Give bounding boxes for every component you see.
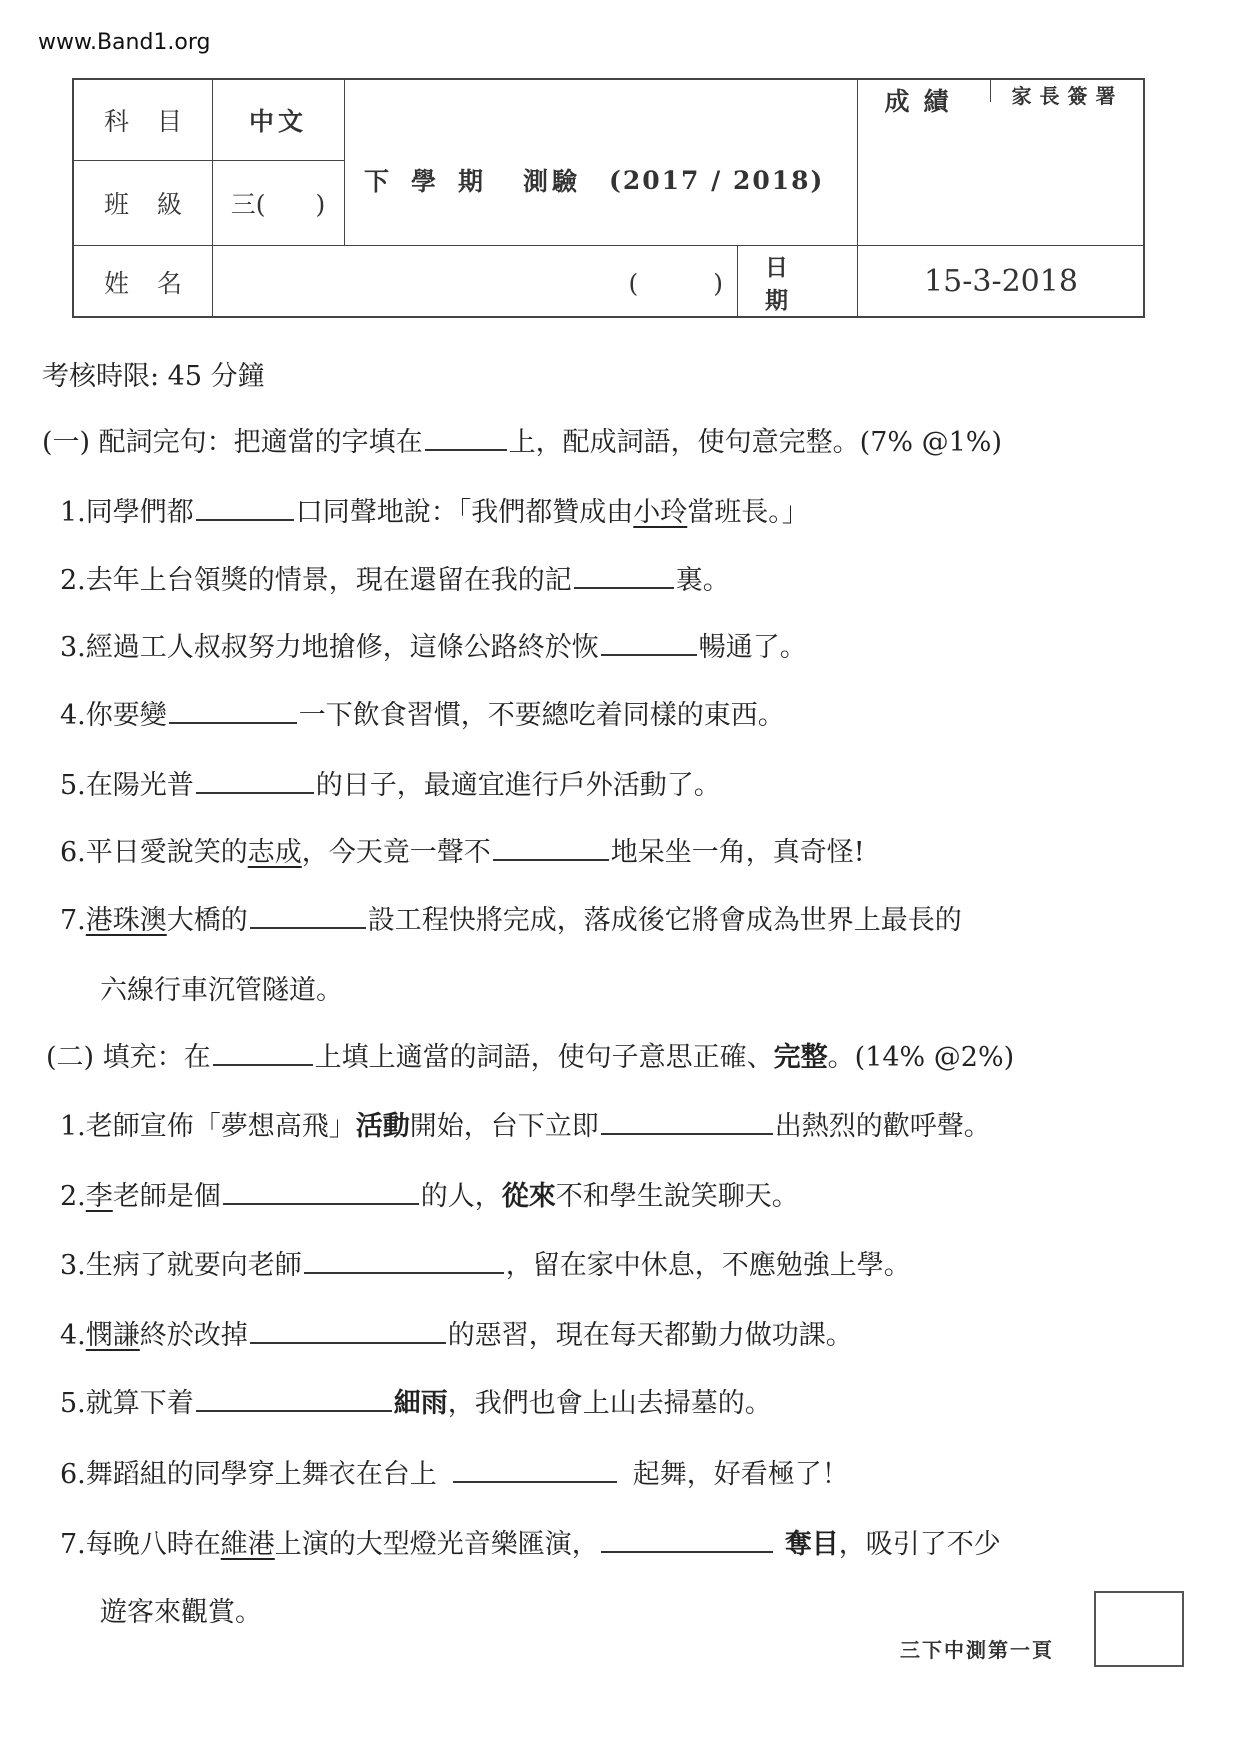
question-text: 的人， [421, 1181, 502, 1212]
question-text-bold: 細雨 [394, 1388, 448, 1419]
s1-question-2: 2.去年上台領獎的情景，現在還留在我的記裏。 [60, 558, 730, 597]
answer-blank[interactable] [169, 721, 297, 724]
question-text: 當班長。」 [687, 497, 809, 528]
s1-question-6: 6.平日愛說笑的志成，今天竟一聲不地呆坐一角，真奇怪! [60, 830, 865, 869]
answer-blank[interactable] [601, 1550, 773, 1553]
proper-name: 維港 [221, 1529, 275, 1560]
name-field[interactable]: ( ) [212, 245, 737, 318]
section2-title-a: (二) 填充：在 [46, 1042, 211, 1073]
question-text: 大橋的 [167, 905, 248, 936]
question-text-bold: 從來 [502, 1181, 556, 1212]
exam-year: (2017 / 2018) [609, 166, 824, 195]
s1-question-1: 1.同學們都口同聲地說：「我們都贊成由小玲當班長。」 [60, 490, 809, 529]
answer-blank[interactable] [250, 1341, 446, 1344]
question-text: 不和學生說笑聊天。 [556, 1181, 799, 1212]
s2-question-7: 7.每晚八時在維港上演的大型燈光音樂匯演，奪目，吸引了不少 [60, 1522, 1001, 1561]
s2-question-3: 3.生病了就要向老師，留在家中休息，不應勉強上學。 [60, 1243, 911, 1282]
score-field[interactable] [857, 120, 1145, 245]
question-text: 就算下着 [86, 1388, 194, 1419]
exam-header-table: 科目 中文 班級 三( ) 下學期 測驗 (2017 / 2018) 成績 家長… [72, 78, 1145, 318]
question-number: 2. [60, 565, 86, 596]
section1-title-a: (一) 配詞完句：把適當的字填在 [42, 427, 423, 458]
question-text: 在陽光普 [86, 770, 194, 801]
answer-blank[interactable] [601, 1132, 773, 1135]
question-number: 4. [60, 1320, 86, 1351]
section2-title-bold: 完整 [774, 1042, 828, 1073]
question-text: 設工程快將完成，落成後它將會成為世界上最長的 [368, 905, 962, 936]
s2-question-6: 6.舞蹈組的同學穿上舞衣在台上起舞，好看極了！ [60, 1452, 849, 1491]
question-text: 裏。 [676, 565, 730, 596]
s1-question-7-cont: 六線行車沉管隧道。 [100, 968, 343, 1007]
s2-question-7-cont: 遊客來觀賞。 [100, 1590, 262, 1629]
question-text: 終於改掉 [140, 1320, 248, 1351]
class-number-field[interactable]: ( ) [628, 264, 723, 300]
question-number: 3. [60, 1250, 86, 1281]
question-text: 生病了就要向老師 [86, 1250, 302, 1281]
answer-blank[interactable] [304, 1271, 504, 1274]
proper-name: 港珠澳 [86, 905, 167, 936]
question-text: 地呆坐一角，真奇怪! [611, 837, 865, 868]
example-blank [425, 448, 507, 451]
question-text: 平日愛說笑的 [86, 837, 248, 868]
answer-blank[interactable] [250, 926, 366, 929]
date-label: 日期 [737, 245, 857, 318]
answer-blank[interactable] [453, 1480, 617, 1483]
question-text: ，我們也會上山去掃墓的。 [448, 1388, 772, 1419]
section1-title-b: 上，配成詞語，使句意完整。(7% @1%) [509, 427, 1002, 458]
question-number: 5. [60, 1388, 86, 1419]
s1-question-3: 3.經過工人叔叔努力地搶修，這條公路終於恢暢通了。 [60, 625, 807, 664]
question-text-bold: 活動 [356, 1111, 410, 1142]
page-score-box[interactable] [1094, 1591, 1184, 1667]
question-text: 老師是個 [113, 1181, 221, 1212]
s2-question-4: 4.憫謙終於改掉的惡習，現在每天都勤力做功課。 [60, 1313, 853, 1352]
answer-blank[interactable] [196, 791, 314, 794]
answer-blank[interactable] [196, 1409, 392, 1412]
question-text: 老師宣佈「夢想高飛」 [86, 1111, 356, 1142]
question-text: 的日子，最適宜進行戶外活動了。 [316, 770, 721, 801]
section2-title-b: 上填上適當的詞語，使句子意思正確、 [315, 1042, 774, 1073]
question-text: 的惡習，現在每天都勤力做功課。 [448, 1320, 853, 1351]
question-number: 1. [60, 497, 86, 528]
time-limit: 考核時限: 45 分鐘 [42, 354, 265, 393]
s2-question-1: 1.老師宣佈「夢想高飛」活動開始，台下立即出熱烈的歡呼聲。 [60, 1104, 991, 1143]
question-text: 同學們都 [86, 497, 194, 528]
section1-heading: (一) 配詞完句：把適當的字填在上，配成詞語，使句意完整。(7% @1%) [42, 420, 1002, 459]
question-number: 6. [60, 837, 86, 868]
question-text: 出熱烈的歡呼聲。 [775, 1111, 991, 1142]
s1-question-5: 5.在陽光普的日子，最適宜進行戶外活動了。 [60, 763, 721, 802]
question-text: 暢通了。 [699, 632, 807, 663]
answer-blank[interactable] [223, 1202, 419, 1205]
question-number: 4. [60, 700, 86, 731]
answer-blank[interactable] [574, 586, 674, 589]
answer-blank[interactable] [493, 858, 609, 861]
proper-name: 志成 [248, 837, 302, 868]
parent-signature-label: 家長簽署 [990, 80, 1145, 108]
question-number: 2. [60, 1181, 86, 1212]
s2-question-5: 5.就算下着細雨，我們也會上山去掃墓的。 [60, 1381, 772, 1420]
date-value: 15-3-2018 [857, 245, 1145, 318]
website-watermark: www.Band1.org [38, 30, 211, 55]
exam-title: 下學期 測驗 (2017 / 2018) [344, 140, 857, 220]
question-number: 7. [60, 1529, 86, 1560]
question-text: 起舞，好看極了！ [633, 1459, 849, 1490]
name-label: 姓名 [74, 245, 212, 318]
question-number: 5. [60, 770, 86, 801]
class-field[interactable]: 三( ) [212, 160, 344, 245]
question-text: 上演的大型燈光音樂匯演， [275, 1529, 599, 1560]
question-text: 去年上台領獎的情景，現在還留在我的記 [86, 565, 572, 596]
question-text: ，留在家中休息，不應勉強上學。 [506, 1250, 911, 1281]
exam-type: 測驗 [523, 162, 581, 198]
question-text: 口同聲地說：「我們都贊成由 [296, 497, 634, 528]
question-text: 每晚八時在 [86, 1529, 221, 1560]
s2-question-2: 2.李老師是個的人，從來不和學生說笑聊天。 [60, 1174, 799, 1213]
question-text: ，今天竟一聲不 [302, 837, 491, 868]
section2-heading: (二) 填充：在上填上適當的詞語，使句子意思正確、完整。(14% @2%) [46, 1035, 1014, 1074]
exam-term: 下學期 [364, 162, 505, 198]
s1-question-7: 7.港珠澳大橋的設工程快將完成，落成後它將會成為世界上最長的 [60, 898, 962, 937]
proper-name: 憫謙 [86, 1320, 140, 1351]
question-number: 6. [60, 1459, 86, 1490]
class-label: 班級 [74, 160, 212, 245]
question-text: 你要變 [86, 700, 167, 731]
proper-name: 小玲 [633, 497, 687, 528]
question-text: 開始，台下立即 [410, 1111, 599, 1142]
section2-title-c: 。(14% @2%) [828, 1042, 1015, 1073]
question-text: ，吸引了不少 [839, 1529, 1001, 1560]
answer-blank[interactable] [601, 653, 697, 656]
subject-value: 中文 [212, 80, 344, 160]
subject-label: 科目 [74, 80, 212, 160]
question-text-bold: 奪目 [785, 1529, 839, 1560]
answer-blank[interactable] [196, 518, 294, 521]
question-number: 3. [60, 632, 86, 663]
proper-name: 李 [86, 1181, 113, 1212]
question-number: 7. [60, 905, 86, 936]
question-number: 1. [60, 1111, 86, 1142]
page-footer-label: 三下中測第一頁 [900, 1634, 1054, 1663]
score-label: 成績 [857, 80, 990, 120]
question-text: 舞蹈組的同學穿上舞衣在台上 [86, 1459, 437, 1490]
s1-question-4: 4.你要變一下飲食習慣，不要總吃着同樣的東西。 [60, 693, 785, 732]
question-text: 一下飲食習慣，不要總吃着同樣的東西。 [299, 700, 785, 731]
example-blank [213, 1063, 313, 1066]
question-text: 經過工人叔叔努力地搶修，這條公路終於恢 [86, 632, 599, 663]
